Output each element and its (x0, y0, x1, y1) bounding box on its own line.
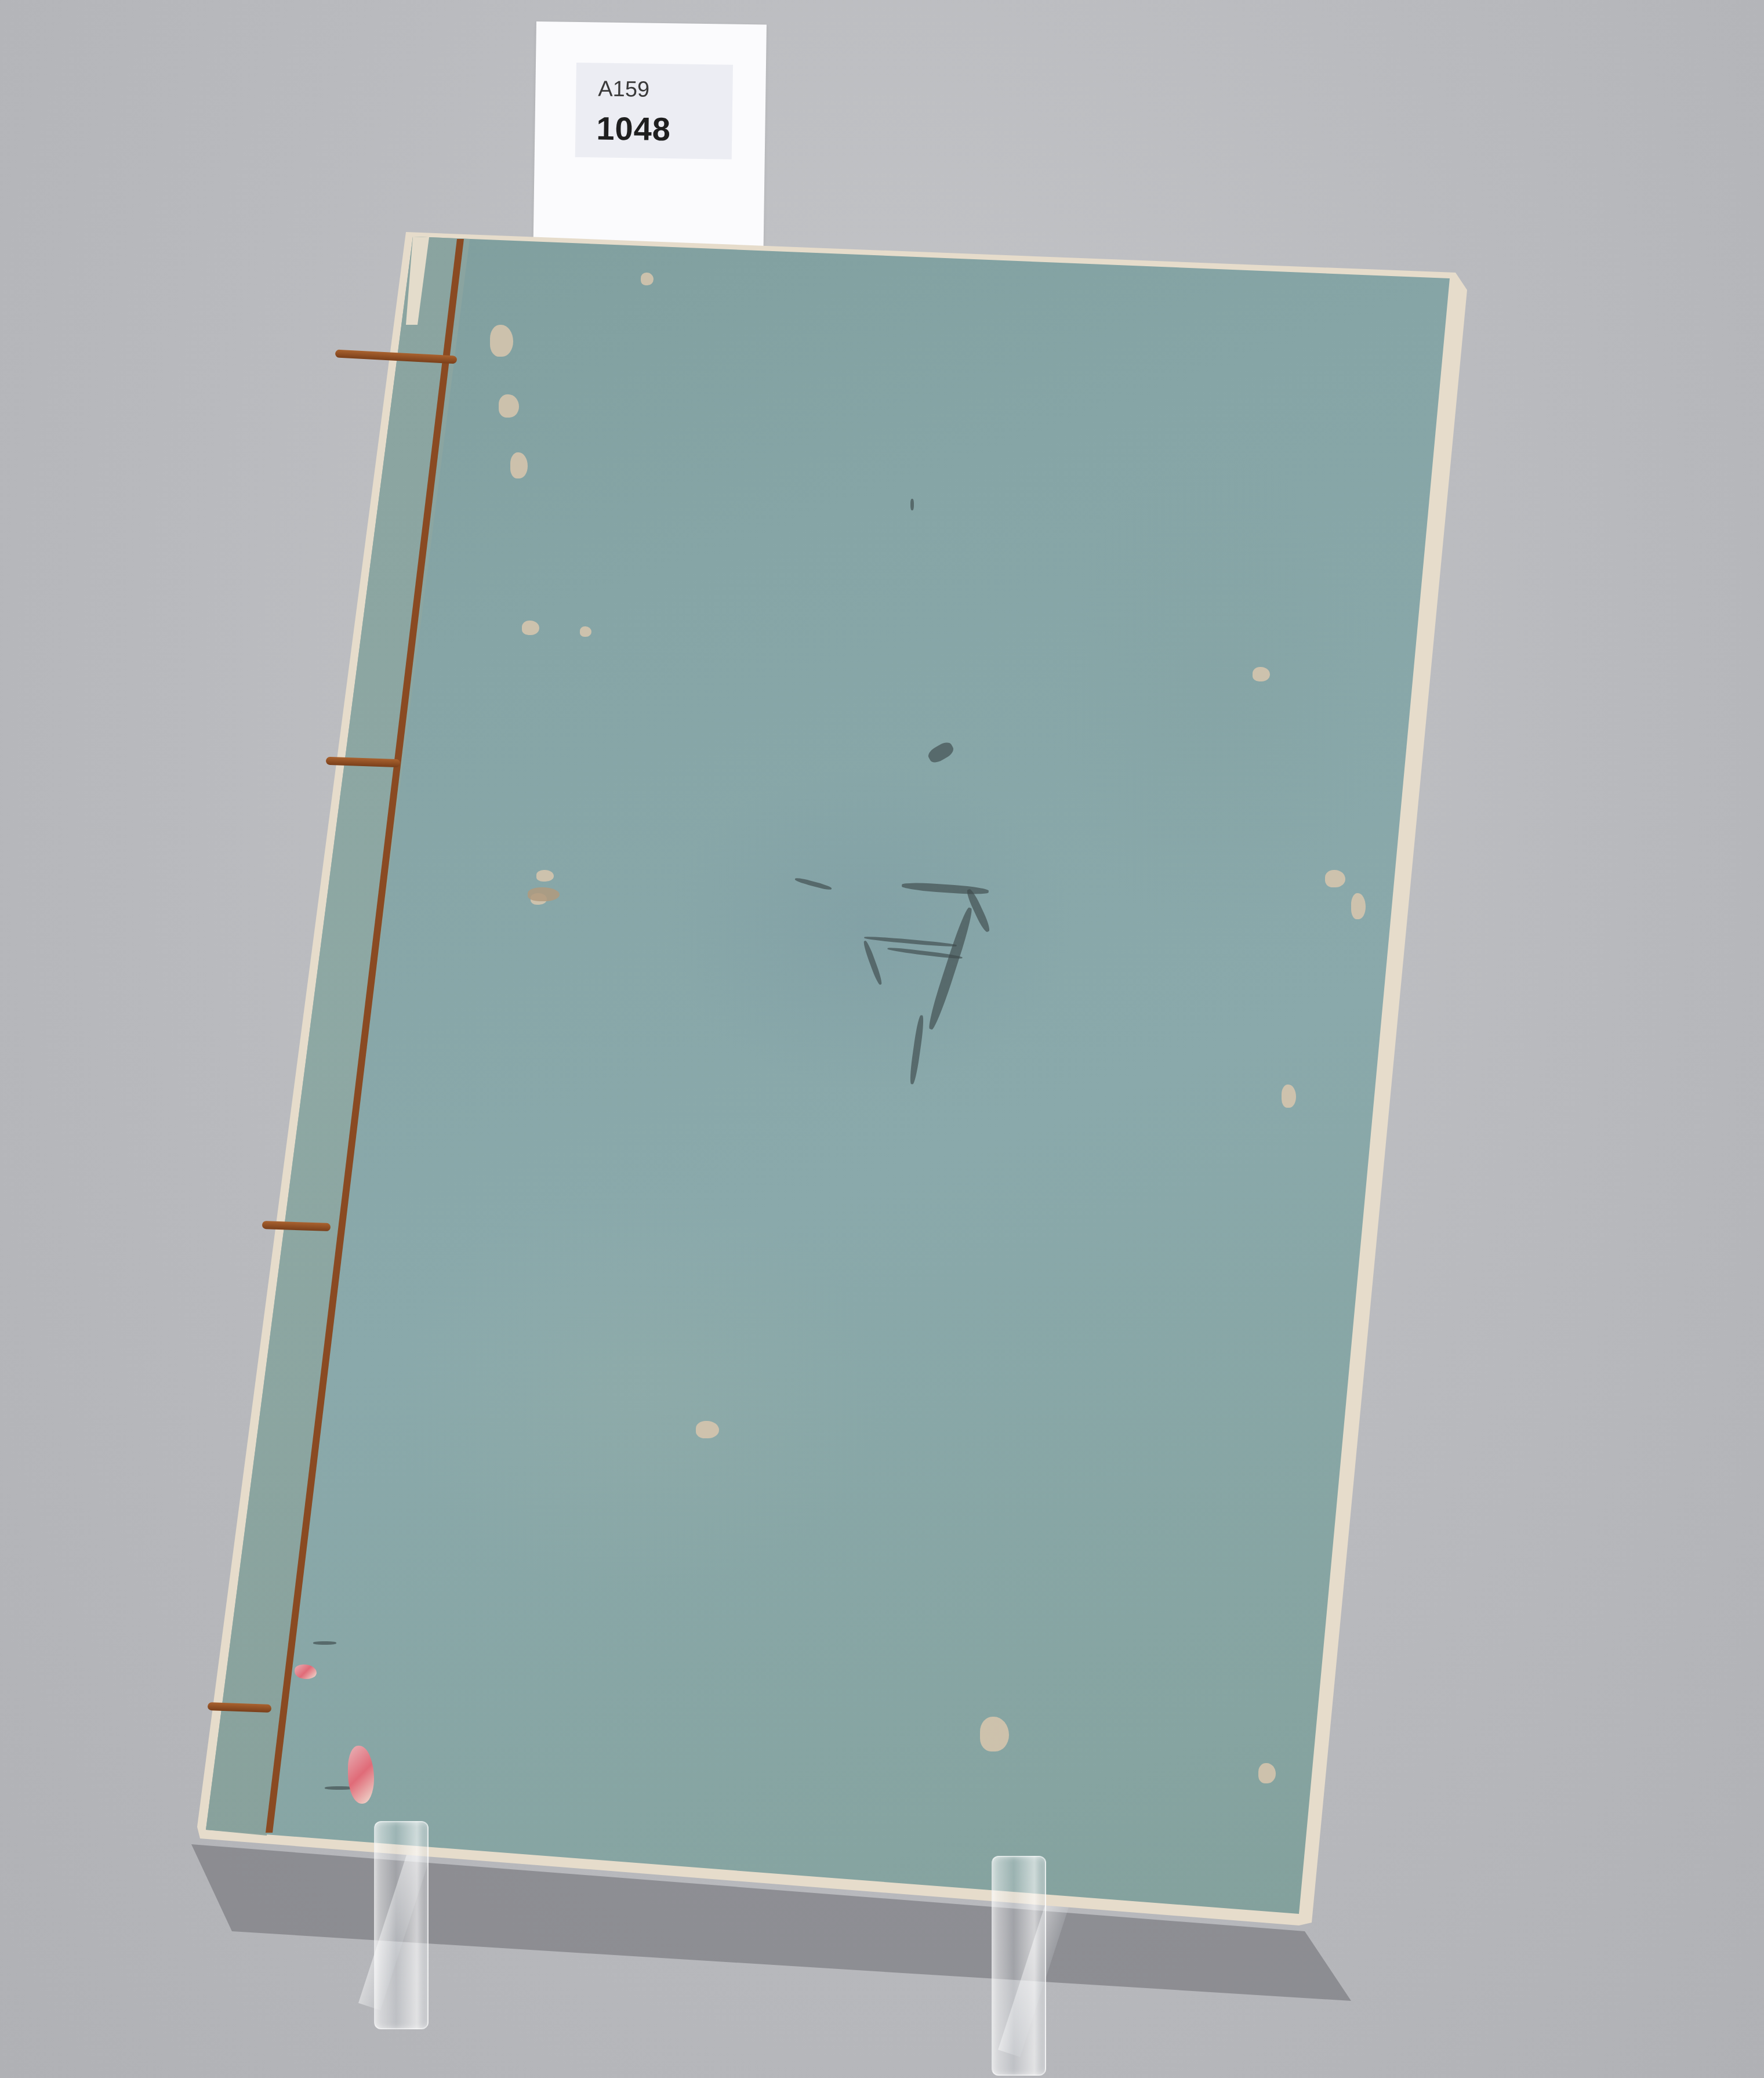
wear-spot (510, 452, 528, 478)
wear-spot (1325, 870, 1345, 887)
binding-stitch-3 (262, 1221, 331, 1231)
sale-code: A159 (598, 77, 649, 102)
lot-label-box: A159 1048 (575, 63, 733, 159)
wear-spot (696, 1421, 719, 1438)
wear-spot (1282, 1085, 1296, 1108)
wear-spot (1258, 1763, 1276, 1783)
wear-spot (499, 394, 519, 418)
stand-leg-right (992, 1856, 1046, 2076)
wear-spot (980, 1717, 1009, 1751)
lot-number: 1048 (596, 109, 671, 148)
wear-spot (641, 273, 654, 285)
lot-label-card: A159 1048 (533, 21, 767, 257)
stand-leg-left (374, 1821, 429, 2029)
wear-spot (528, 887, 560, 901)
wear-spot (1351, 893, 1366, 919)
photo-scene: A159 1048 (0, 0, 1764, 2078)
wear-spot (490, 325, 513, 357)
ink-mark (313, 1641, 336, 1645)
wear-spot (580, 626, 591, 637)
red-paper-fragment (295, 1664, 317, 1679)
wear-spot (536, 870, 554, 882)
wear-spot (522, 621, 539, 635)
ink-mark (910, 499, 914, 510)
wear-spot (1253, 667, 1270, 681)
